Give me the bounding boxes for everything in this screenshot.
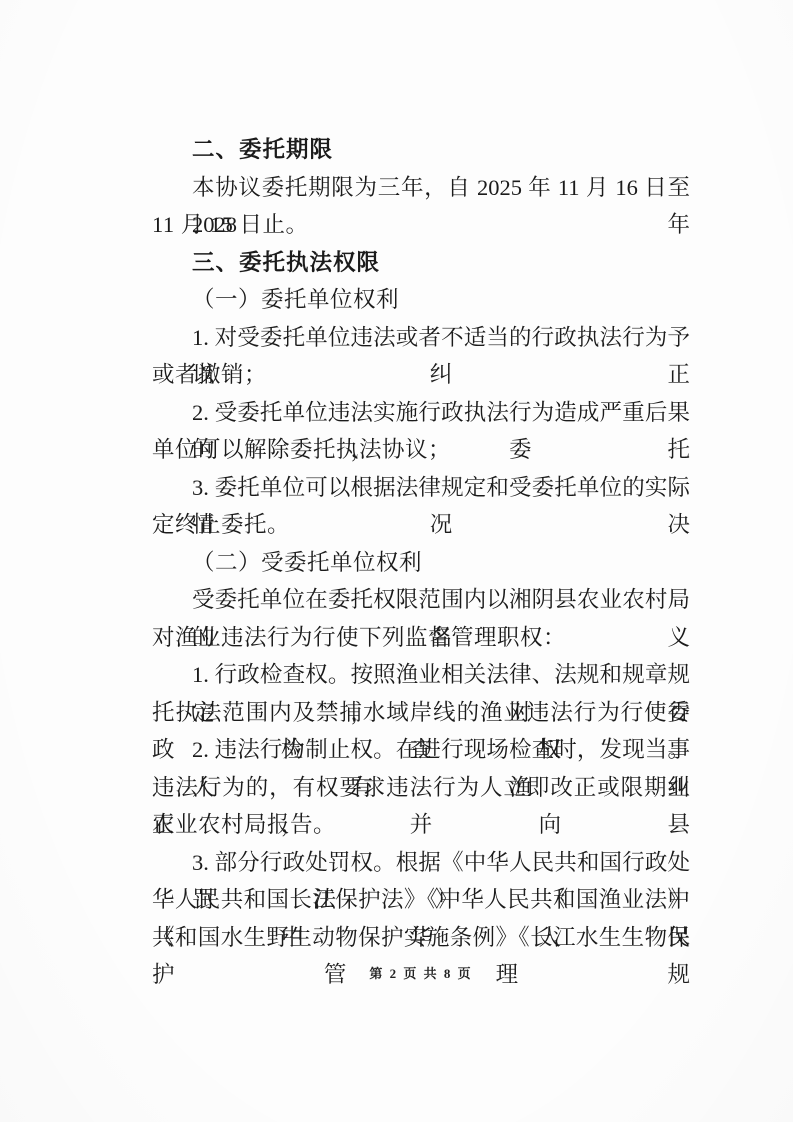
doc-line: （一）委托单位权利	[152, 281, 690, 319]
section-heading: 二、委托期限	[152, 131, 690, 169]
doc-line: 华人民共和国长江保护法》《中华人民共和国渔业法》《中华人民	[152, 881, 690, 919]
doc-line: 托执法范围内及禁捕水域岸线的渔业违法行为行使行政检查权。	[152, 694, 690, 732]
doc-line: 3. 部分行政处罚权。根据《中华人民共和国行政处罚法》《中	[152, 844, 690, 882]
doc-line: （二）受委托单位权利	[152, 544, 690, 582]
doc-line: 1. 对受委托单位违法或者不适当的行政执法行为予以纠正	[152, 319, 690, 357]
doc-line: 2. 受委托单位违法实施行政执法行为造成严重后果的，委托	[152, 394, 690, 432]
doc-line: 受委托单位在委托权限范围内以湘阴县农业农村局的名义	[152, 581, 690, 619]
doc-line: 2. 违法行为制止权。在进行现场检查时，发现当事人有渔业	[152, 731, 690, 769]
doc-line: 3. 委托单位可以根据法律规定和受委托单位的实际情况决	[152, 469, 690, 507]
section-heading: 三、委托执法权限	[152, 244, 690, 282]
document-page: 二、委托期限本协议委托期限为三年，自 2025 年 11 月 16 日至 202…	[0, 0, 793, 1122]
doc-line: 1. 行政检查权。按照渔业相关法律、法规和规章规定，对委	[152, 656, 690, 694]
doc-line: 违法行为的，有权要求违法行为人立即改正或限期纠正，并向县	[152, 769, 690, 807]
doc-line: 本协议委托期限为三年，自 2025 年 11 月 16 日至 2028 年	[152, 169, 690, 207]
doc-line: 共和国水生野生动物保护实施条例》《长江水生生物保护管理规	[152, 919, 690, 957]
document-body: 二、委托期限本协议委托期限为三年，自 2025 年 11 月 16 日至 202…	[152, 131, 690, 956]
page-number-footer: 第 2 页 共 8 页	[152, 961, 690, 987]
